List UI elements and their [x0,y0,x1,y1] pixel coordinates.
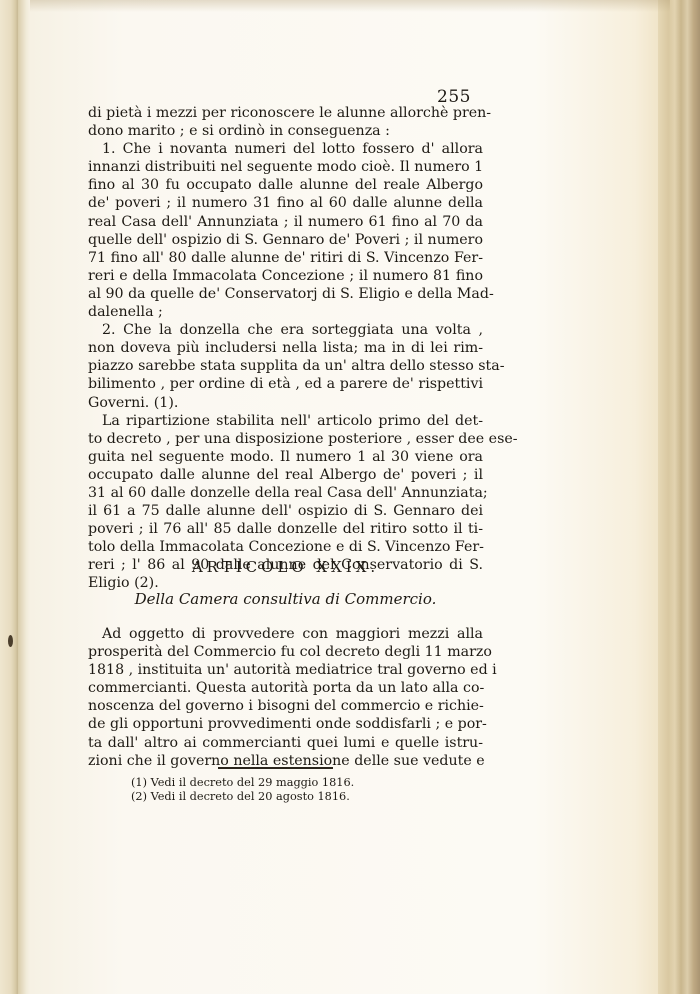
text-line: al 90 da quelle de' Conservatorj di S. E… [88,285,483,303]
text-line: de gli opportuni provvedimenti onde sodd… [88,715,483,733]
text-line: noscenza del governo i bisogni del comme… [88,697,483,715]
body-text-section-1: di pietà i mezzi per riconoscere le alun… [88,104,483,593]
text-line: piazzo sarebbe stata supplita da un' alt… [88,357,483,375]
text-line: Ad oggetto di provvedere con maggiori me… [88,625,483,643]
text-line: il 61 a 75 dalle alunne dell' ospizio di… [88,502,483,520]
text-line: to decreto , per una disposizione poster… [88,430,483,448]
text-line: Governi. (1). [88,394,483,412]
text-line: prosperità del Commercio fu col decreto … [88,643,483,661]
text-line: ta dall' altro ai commercianti quei lumi… [88,734,483,752]
text-line: reri e della Immacolata Concezione ; il … [88,267,483,285]
article-subheading: Della Camera consultiva di Commercio. [88,590,483,608]
text-line: 1. Che i novanta numeri del lotto fosser… [88,140,483,158]
text-line: 31 al 60 dalle donzelle della real Casa … [88,484,483,502]
text-line: di pietà i mezzi per riconoscere le alun… [88,104,483,122]
text-line: dalenella ; [88,303,483,321]
text-line: fino al 30 fu occupato dalle alunne del … [88,176,483,194]
text-line: poveri ; il 76 all' 85 dalle donzelle de… [88,520,483,538]
text-line: bilimento , per ordine di età , ed a par… [88,375,483,393]
article-heading: ARTICOLO XXIX. [88,558,483,576]
text-line: non doveva più includersi nella lista; m… [88,339,483,357]
text-line: 2. Che la donzella che era sorteggiata u… [88,321,483,339]
text-line: commercianti. Questa autorità porta da u… [88,679,483,697]
text-line: occupato dalle alunne del real Albergo d… [88,466,483,484]
book-right-page-edges [658,0,700,994]
footnote-divider [218,767,333,769]
footnote-1: (1) Vedi il decreto del 29 maggio 1816. [131,776,354,790]
ink-mark [8,635,13,647]
text-line: innanzi distribuiti nel seguente modo ci… [88,158,483,176]
text-line: de' poveri ; il numero 31 fino al 60 dal… [88,194,483,212]
text-line: quelle dell' ospizio di S. Gennaro de' P… [88,231,483,249]
text-line: dono marito ; e si ordinò in conseguenza… [88,122,483,140]
text-line: guita nel seguente modo. Il numero 1 al … [88,448,483,466]
text-line: 1818 , instituita un' autorità mediatric… [88,661,483,679]
text-line: La ripartizione stabilita nell' articolo… [88,412,483,430]
page-top-shadow [30,0,670,12]
book-left-edge [0,0,18,994]
text-line: real Casa dell' Annunziata ; il numero 6… [88,213,483,231]
footnotes: (1) Vedi il decreto del 29 maggio 1816. … [131,776,354,803]
text-line: 71 fino all' 80 dalle alunne de' ritiri … [88,249,483,267]
text-line: tolo della Immacolata Concezione e di S.… [88,538,483,556]
body-text-section-2: Ad oggetto di provvedere con maggiori me… [88,625,483,770]
footnote-2: (2) Vedi il decreto del 20 agosto 1816. [131,790,354,804]
